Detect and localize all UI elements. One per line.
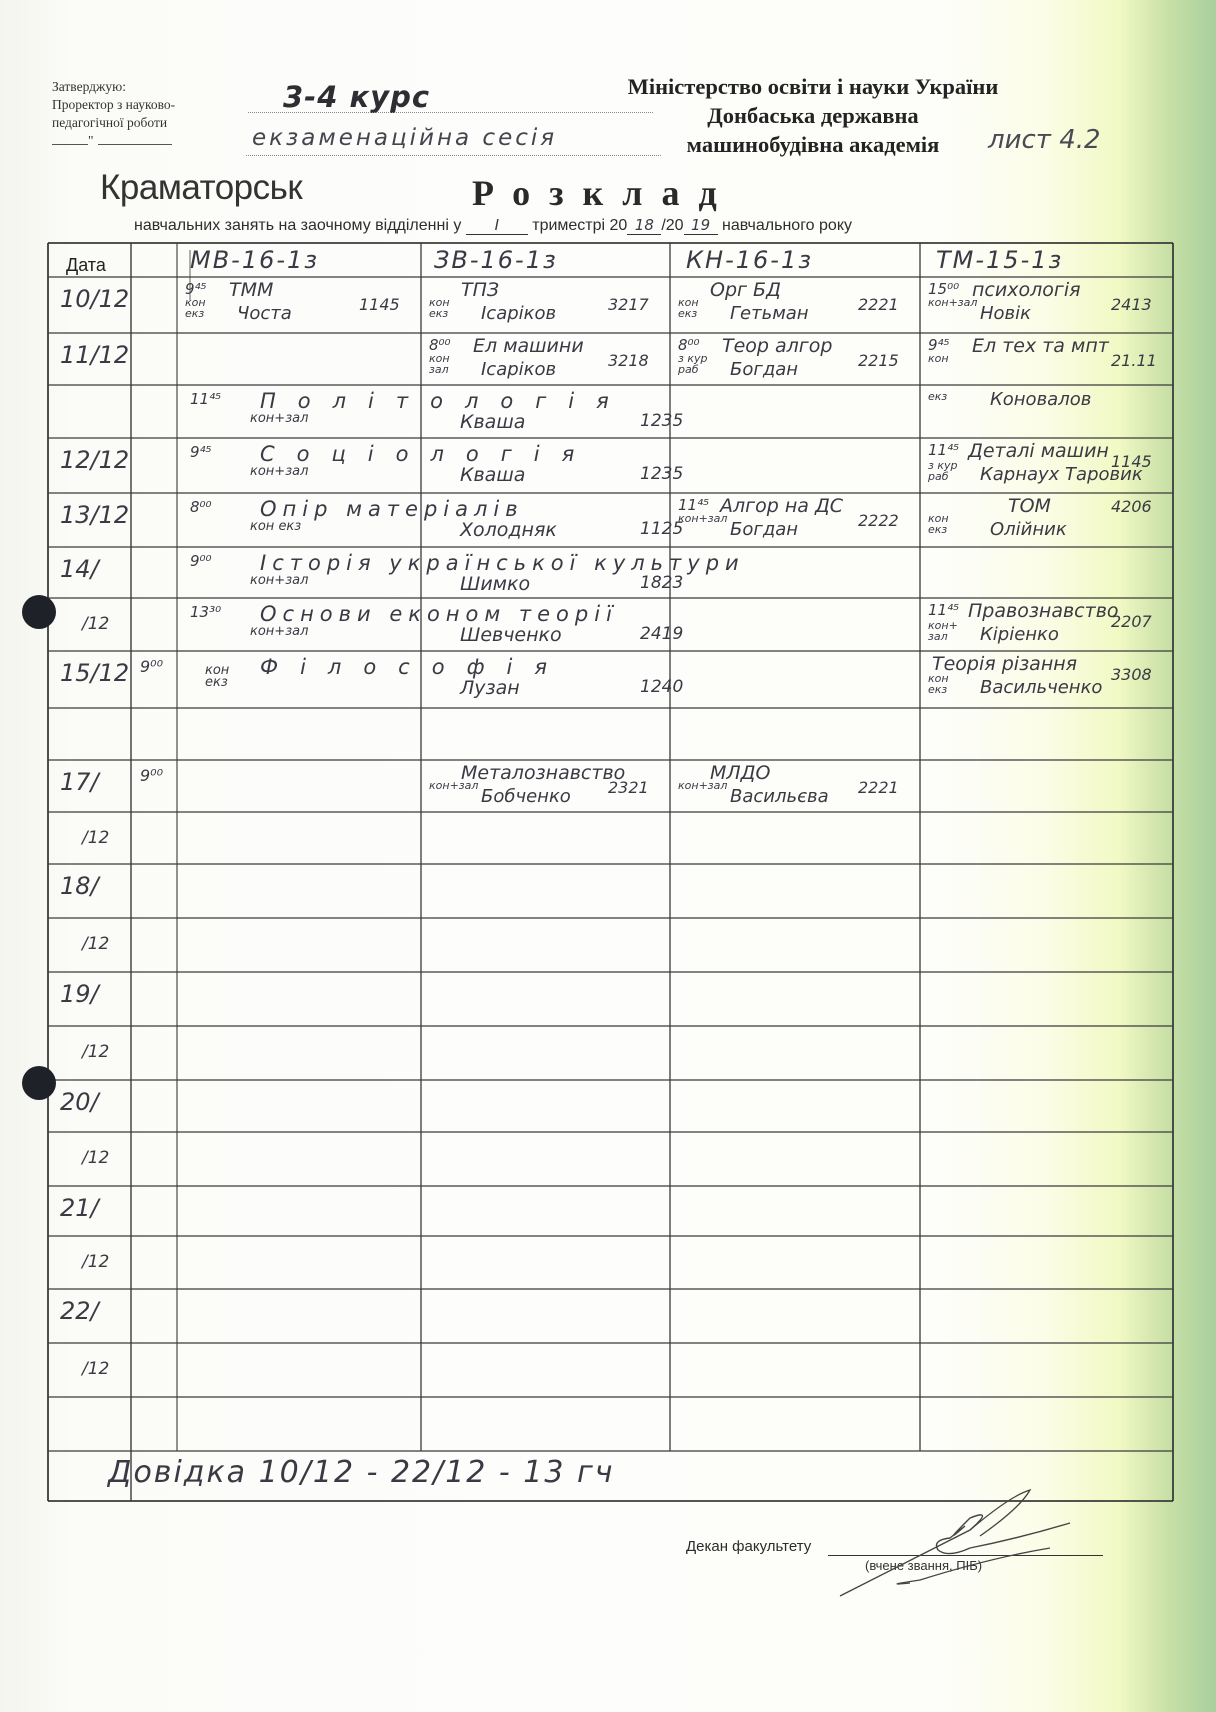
lesson-teacher: Гетьман bbox=[730, 303, 809, 324]
lesson-room: 2215 bbox=[858, 351, 899, 370]
session-label: екзаменаційна сесія bbox=[252, 125, 557, 151]
trimester-field: I bbox=[466, 216, 528, 235]
lesson-teacher: Ісаріков bbox=[481, 359, 556, 380]
lesson-type: кон+зал bbox=[250, 411, 308, 426]
date-label: 12/12 bbox=[60, 446, 129, 474]
year-end-field: 19 bbox=[684, 216, 718, 235]
date-column-header: Дата bbox=[66, 255, 106, 276]
lesson-teacher: Чоста bbox=[237, 303, 292, 324]
lesson-subject-merged: Опір матеріалів bbox=[260, 497, 524, 521]
date-label: 22/ bbox=[60, 1297, 99, 1325]
document-title: Розклад bbox=[472, 172, 736, 214]
lesson-subject: ТОМ bbox=[1008, 495, 1051, 517]
lesson-subject: Алгор на ДС bbox=[720, 495, 843, 517]
lesson-type: екз bbox=[928, 391, 962, 402]
lesson-room: 1823 bbox=[640, 573, 683, 593]
lesson-type: кон екз bbox=[928, 513, 962, 535]
ministry-name: Міністерство освіти і науки України bbox=[588, 72, 1038, 101]
lesson-type: кон екз bbox=[185, 297, 219, 319]
lesson-room: 3217 bbox=[608, 295, 649, 314]
lesson-type: кон+зал bbox=[678, 780, 712, 791]
lesson-teacher: Васильченко bbox=[980, 677, 1102, 698]
date-label: 19/ bbox=[60, 980, 99, 1008]
row-time: 9⁰⁰ bbox=[140, 657, 163, 676]
date-label: 11/12 bbox=[60, 341, 129, 369]
date-label: 21/ bbox=[60, 1194, 99, 1222]
lesson-teacher: Новік bbox=[980, 303, 1031, 324]
lesson-subject-merged: Політологія bbox=[260, 389, 631, 413]
lesson-room: 2413 bbox=[1111, 295, 1152, 314]
lesson-time: 11⁴⁵ bbox=[928, 441, 959, 459]
city-stamp: Краматорськ bbox=[100, 168, 302, 208]
lesson-type: кон+зал bbox=[678, 513, 712, 524]
institution-header: Міністерство освіти і науки України Донб… bbox=[588, 72, 1038, 159]
lesson-subject: Ел тех та мпт bbox=[972, 335, 1109, 357]
group-header-3: КН-16-1з bbox=[686, 246, 813, 274]
lesson-type: кон+зал bbox=[250, 573, 308, 588]
signature-scribble bbox=[820, 1488, 1080, 1608]
date-label: /12 bbox=[82, 1148, 109, 1168]
lesson-teacher: Васильєва bbox=[730, 786, 829, 807]
subtitle-part-1: навчальних занять на заочному відділенні… bbox=[134, 217, 461, 234]
group-header-4: ТМ-15-1з bbox=[936, 246, 1063, 274]
lesson-room: 2221 bbox=[858, 778, 899, 797]
lesson-type: кон bbox=[928, 353, 962, 364]
lesson-type: кон екз bbox=[678, 297, 712, 319]
lesson-teacher: Кваша bbox=[460, 464, 525, 486]
date-label: 13/12 bbox=[60, 501, 129, 529]
approval-line-1: Затверджую: bbox=[52, 78, 175, 96]
lesson-subject: Металознавство bbox=[461, 762, 625, 784]
date-label: /12 bbox=[82, 1252, 109, 1272]
lesson-subject: Теорія різання bbox=[932, 653, 1077, 675]
lesson-teacher: Кваша bbox=[460, 411, 525, 433]
row-time: 9⁰⁰ bbox=[140, 766, 163, 785]
year-start-field: 18 bbox=[627, 216, 661, 235]
lesson-subject: Орг БД bbox=[710, 279, 781, 301]
lesson-time: 9⁴⁵ bbox=[190, 443, 212, 461]
lesson-teacher: Бобченко bbox=[481, 786, 571, 807]
lesson-room: 4206 bbox=[1111, 497, 1152, 516]
lesson-teacher: Коновалов bbox=[990, 389, 1091, 410]
lesson-room: 1145 bbox=[359, 295, 400, 314]
date-label: 20/ bbox=[60, 1088, 99, 1116]
lesson-teacher: Богдан bbox=[730, 359, 798, 380]
date-label: 15/12 bbox=[60, 659, 129, 687]
group-header-2: ЗВ-16-1з bbox=[434, 246, 558, 274]
lesson-teacher: Кіріенко bbox=[980, 624, 1059, 645]
lesson-type: з кур раб bbox=[678, 353, 712, 375]
date-label: /12 bbox=[82, 1042, 109, 1062]
lesson-type: кон+зал bbox=[928, 297, 962, 308]
lesson-type: кон+зал bbox=[250, 624, 308, 639]
sheet-number: лист 4.2 bbox=[988, 125, 1101, 155]
lesson-type: кон+зал bbox=[429, 780, 463, 791]
group-header-1: МВ-16-1з bbox=[190, 246, 319, 274]
subtitle-part-2: триместрі 20 bbox=[532, 217, 627, 234]
lesson-room: 1125 bbox=[640, 519, 683, 539]
date-label: 18/ bbox=[60, 872, 99, 900]
date-label: 14/ bbox=[60, 555, 99, 583]
lesson-subject: психологія bbox=[972, 279, 1081, 301]
approval-line-2: Проректор з науково- bbox=[52, 96, 175, 114]
dean-label: Декан факультету bbox=[686, 1538, 811, 1555]
lesson-type: кон+зал bbox=[250, 464, 308, 479]
lesson-teacher: Лузан bbox=[460, 677, 520, 699]
lesson-time: 13³⁰ bbox=[190, 603, 221, 621]
lesson-teacher: Богдан bbox=[730, 519, 798, 540]
course-label: 3-4 курс bbox=[283, 80, 430, 114]
approval-date-line: " bbox=[52, 132, 175, 150]
date-label: /12 bbox=[82, 614, 109, 634]
lesson-room: 3308 bbox=[1111, 665, 1152, 684]
date-label: /12 bbox=[82, 828, 109, 848]
approval-block: Затверджую: Проректор з науково- педагог… bbox=[52, 78, 175, 150]
date-label: 17/ bbox=[60, 768, 99, 796]
lesson-subject: Теор алгор bbox=[722, 335, 832, 357]
lesson-time: 9⁰⁰ bbox=[190, 552, 212, 570]
lesson-type: кон екз bbox=[205, 665, 239, 689]
subtitle-part-4: навчального року bbox=[722, 217, 852, 234]
lesson-teacher: Шевченко bbox=[460, 624, 562, 646]
lesson-type: кон екз bbox=[429, 297, 463, 319]
date-label: /12 bbox=[82, 1359, 109, 1379]
lesson-subject: ТПЗ bbox=[461, 279, 499, 301]
lesson-type: кон зал bbox=[429, 353, 463, 375]
lesson-room: 2221 bbox=[858, 295, 899, 314]
lesson-room: 1240 bbox=[640, 677, 683, 697]
document-subtitle: навчальних занять на заочному відділенні… bbox=[134, 216, 852, 235]
approval-line-3: педагогічної роботи bbox=[52, 114, 175, 132]
lesson-type: кон екз bbox=[928, 673, 962, 695]
lesson-room: 1145 bbox=[1111, 452, 1152, 471]
lesson-subject: Правознавство bbox=[968, 600, 1119, 622]
lesson-room: 1235 bbox=[640, 411, 683, 431]
academy-name-line-1: Донбаська державна bbox=[588, 101, 1038, 130]
lesson-subject: Деталі машин bbox=[968, 440, 1109, 462]
lesson-room: 2222 bbox=[858, 511, 899, 530]
lesson-time: 8⁰⁰ bbox=[190, 498, 212, 516]
lesson-room: 2207 bbox=[1111, 612, 1152, 631]
lesson-room: 21.11 bbox=[1111, 351, 1157, 370]
lesson-type: кон+ зал bbox=[928, 620, 962, 642]
lesson-type: кон екз bbox=[250, 519, 301, 534]
lesson-room: 1235 bbox=[640, 464, 683, 484]
lesson-time: 11⁴⁵ bbox=[190, 390, 221, 408]
subtitle-part-3: /20 bbox=[661, 217, 683, 234]
lesson-type: з кур раб bbox=[928, 460, 962, 482]
lesson-subject: ТММ bbox=[229, 279, 273, 301]
lesson-teacher: Олійник bbox=[990, 519, 1067, 540]
lesson-teacher: Ісаріков bbox=[481, 303, 556, 324]
lesson-room: 2419 bbox=[640, 624, 683, 644]
lesson-subject-merged: Основи економ теорії bbox=[260, 602, 618, 626]
lesson-subject-merged: Філософія bbox=[260, 655, 569, 679]
academy-name-line-2: машинобудівна академія bbox=[588, 130, 1038, 159]
binder-hole bbox=[22, 1066, 56, 1100]
lesson-room: 2321 bbox=[608, 778, 649, 797]
date-label: /12 bbox=[82, 934, 109, 954]
date-label: 10/12 bbox=[60, 285, 129, 313]
binder-hole bbox=[22, 595, 56, 629]
lesson-room: 3218 bbox=[608, 351, 649, 370]
hours-footnote: Довідка 10/12 - 22/12 - 13 гч bbox=[108, 1455, 615, 1490]
lesson-subject: Ел машини bbox=[473, 335, 584, 357]
lesson-subject-merged: Історія української культури bbox=[260, 551, 745, 575]
lesson-time: 11⁴⁵ bbox=[928, 601, 959, 619]
lesson-teacher: Шимко bbox=[460, 573, 530, 595]
lesson-teacher: Холодняк bbox=[460, 519, 557, 541]
lesson-subject-merged: Соціологія bbox=[260, 442, 596, 466]
